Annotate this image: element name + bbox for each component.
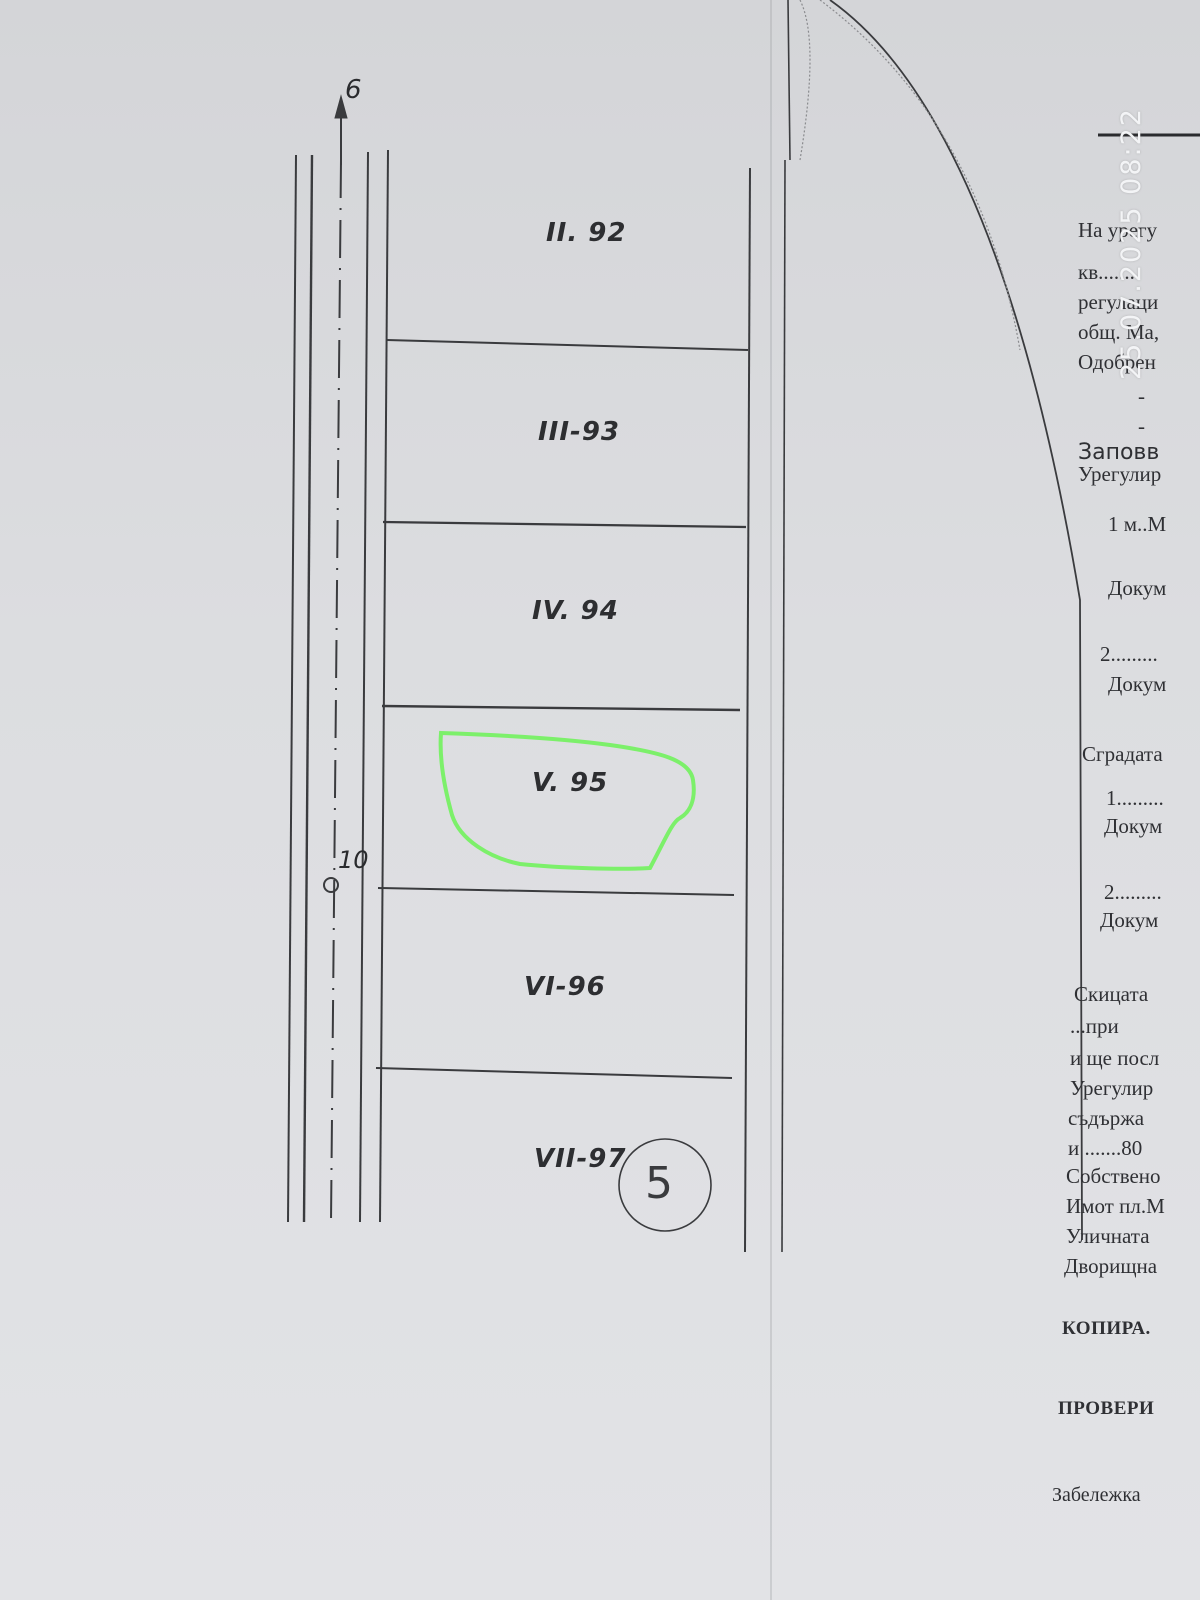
lot-label: VI-96 — [524, 972, 606, 1002]
lot-divider — [378, 888, 734, 895]
side-text-line: Докум — [1108, 672, 1166, 697]
side-text-line: Докум — [1108, 576, 1166, 601]
side-text-line: 2......... — [1100, 642, 1158, 667]
side-text-line: и .......80 — [1068, 1136, 1142, 1161]
camera-timestamp: 25.07.2025 08:22 — [1116, 50, 1146, 380]
lot-divider — [376, 1068, 732, 1078]
lot-label: VII-97 — [534, 1144, 626, 1174]
side-text-line: Собствено — [1066, 1164, 1161, 1189]
side-text-line: 1......... — [1106, 786, 1164, 811]
side-text-line: съдържа — [1068, 1106, 1144, 1131]
side-text-line: Сградата — [1082, 742, 1163, 767]
page-boundary — [830, 0, 1082, 1240]
side-text-line: Докум — [1104, 814, 1162, 839]
block-number: 5 — [645, 1158, 673, 1209]
north-marker-label: 6 — [345, 75, 362, 105]
highlight-outline — [441, 733, 694, 869]
block-border — [782, 160, 785, 1252]
copy-label: КОПИРА. — [1062, 1318, 1151, 1340]
street-line — [360, 152, 368, 1222]
side-text-line: Докум — [1100, 908, 1158, 933]
lot-label-highlighted: V. 95 — [532, 768, 608, 798]
note-label: Забележка — [1052, 1484, 1141, 1507]
side-text-line: Урегулир — [1078, 462, 1161, 487]
street-line — [380, 150, 388, 1222]
side-text-line: Уличната — [1066, 1224, 1150, 1249]
axis-10-label: 10 — [338, 846, 369, 874]
side-text-line: Скицата — [1074, 982, 1148, 1007]
side-text-line: Урегулир — [1070, 1076, 1153, 1101]
block-border — [745, 168, 750, 1252]
side-text-line: Имот пл.М — [1066, 1194, 1165, 1219]
side-text-line: ...при — [1070, 1014, 1119, 1039]
side-text-line: 2......... — [1104, 880, 1162, 905]
lot-divider — [387, 340, 748, 350]
side-text-line: - — [1138, 414, 1145, 439]
side-text-line: и ще посл — [1070, 1046, 1159, 1071]
side-text-line: 1 м..М — [1108, 512, 1166, 537]
side-text-line: Дворищна — [1064, 1254, 1157, 1279]
axis-origin-circle — [324, 878, 338, 892]
street-line — [304, 155, 312, 1222]
lot-label: IV. 94 — [532, 596, 619, 626]
lot-divider — [383, 522, 746, 527]
checked-label: ПРОВЕРИ — [1058, 1398, 1154, 1420]
lot-label: III-93 — [538, 417, 620, 447]
side-text-line: - — [1138, 384, 1145, 409]
street-axis — [331, 160, 341, 1222]
lot-label: II. 92 — [546, 218, 626, 248]
street-line — [288, 155, 296, 1222]
lot-divider — [382, 706, 740, 710]
